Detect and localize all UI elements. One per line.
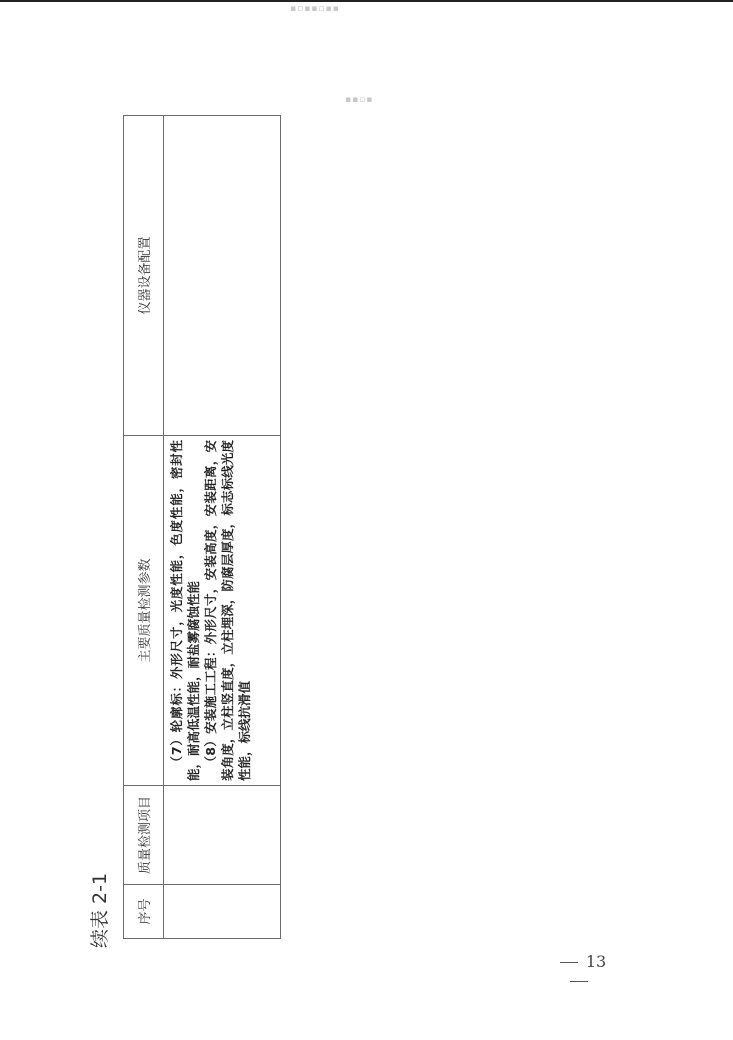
header-item: 质量检测项目: [124, 786, 164, 885]
spec-table-container: 序号 质量检测项目 主要质量检测参数 仪器设备配置 （7）轮廓标：外形尺寸，光度…: [123, 116, 272, 939]
cell-item: [164, 786, 281, 885]
spec-table: 序号 质量检测项目 主要质量检测参数 仪器设备配置 （7）轮廓标：外形尺寸，光度…: [123, 115, 281, 939]
header-params: 主要质量检测参数: [124, 436, 164, 786]
param-line: （7）轮廓标：外形尺寸，光度性能，色度性能，密封性能，耐高低温性能，耐盐雾腐蚀性…: [168, 440, 202, 781]
param-line: （8）安装施工工程：外形尺寸，安装高度，安装距离，安装角度，立柱竖直度，立柱埋深…: [202, 440, 253, 781]
dash-right: [570, 981, 588, 982]
table-caption: 续表 2-1: [88, 868, 114, 948]
header-seq: 序号: [124, 885, 164, 939]
cell-params: （7）轮廓标：外形尺寸，光度性能，色度性能，密封性能，耐高低温性能，耐盐雾腐蚀性…: [164, 436, 281, 786]
cell-equipment: [164, 116, 281, 436]
table-caption-text: 续表 2-1: [88, 873, 112, 948]
page-number-text: 13: [586, 952, 606, 971]
dash-left: [560, 962, 578, 963]
header-equipment: 仪器设备配置: [124, 116, 164, 436]
page-number: 13: [538, 952, 620, 990]
table-row: （7）轮廓标：外形尺寸，光度性能，色度性能，密封性能，耐高低温性能，耐盐雾腐蚀性…: [164, 116, 281, 939]
table-header-row: 序号 质量检测项目 主要质量检测参数 仪器设备配置: [124, 116, 164, 939]
scan-top-edge: [0, 0, 733, 2]
cell-seq: [164, 885, 281, 939]
scan-artifact: ▪▪▫▪: [345, 95, 373, 105]
scan-artifact: ▪▫▪▪▫▪▪: [290, 4, 340, 14]
